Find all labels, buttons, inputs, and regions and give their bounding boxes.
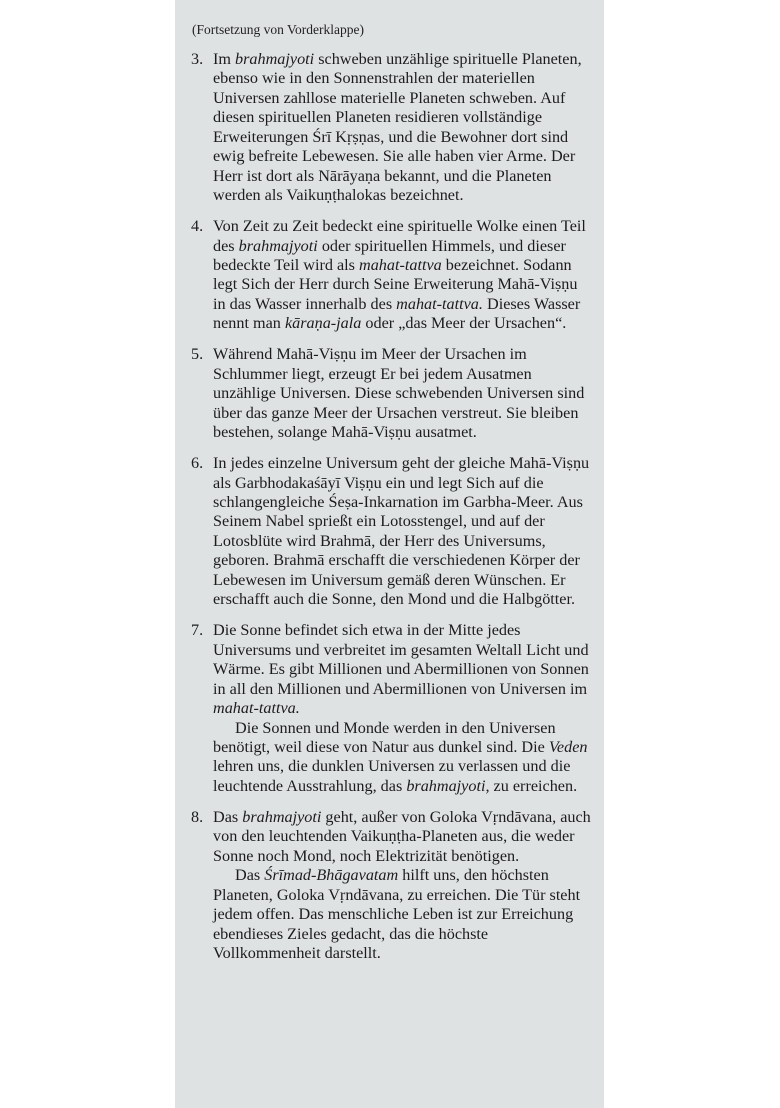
italic-term: brahmajyoti [242, 808, 321, 826]
list-item-8: 8. Das brahmajyoti geht, außer von Golok… [191, 808, 593, 964]
paragraph: Das brahmajyoti geht, außer von Goloka V… [213, 808, 593, 866]
text-run: Die Sonne befindet sich etwa in der Mitt… [213, 621, 589, 697]
text-run: zu erreichen. [490, 777, 578, 795]
item-body: Die Sonne befindet sich etwa in der Mitt… [213, 621, 593, 796]
paragraph: Das Śrīmad-Bhāgavatam hilft uns, den höc… [213, 866, 593, 963]
item-number: 8. [191, 808, 203, 827]
text-run: schweben unzählige spirituelle Planeten,… [213, 50, 582, 204]
text-run: Im [213, 50, 235, 68]
paragraph: In jedes einzelne Universum geht der gle… [213, 454, 593, 610]
paragraph: Von Zeit zu Zeit bedeckt eine spirituell… [213, 217, 593, 334]
list-item-6: 6. In jedes einzelne Universum geht der … [191, 454, 593, 610]
text-run: Die Sonnen und Monde werden in den Unive… [213, 719, 556, 756]
italic-term: mahat-tattva. [396, 295, 483, 313]
italic-term: Śrīmad-Bhāgavatam [264, 866, 398, 884]
paragraph: Während Mahā-Viṣṇu im Meer der Ursachen … [213, 345, 593, 442]
item-body: Während Mahā-Viṣṇu im Meer der Ursachen … [213, 345, 593, 442]
item-number: 5. [191, 345, 203, 364]
paragraph: Im brahmajyoti schweben unzählige spirit… [213, 50, 593, 206]
book-flap-page: (Fortsetzung von Vorderklappe) 3. Im bra… [175, 0, 604, 1108]
item-body: Das brahmajyoti geht, außer von Goloka V… [213, 808, 593, 964]
paragraph: Die Sonnen und Monde werden in den Unive… [213, 719, 593, 797]
italic-term: brahmajyoti [239, 237, 318, 255]
text-run: In jedes einzelne Universum geht der gle… [213, 454, 589, 608]
item-number: 7. [191, 621, 203, 640]
text-run: Das [235, 866, 264, 884]
italic-term: Veden [549, 738, 588, 756]
italic-term: mahat-tattva [359, 256, 442, 274]
numbered-list: 3. Im brahmajyoti schweben unzählige spi… [191, 50, 593, 975]
item-body: Von Zeit zu Zeit bedeckt eine spirituell… [213, 217, 593, 334]
item-body: In jedes einzelne Universum geht der gle… [213, 454, 593, 610]
text-run: Das [213, 808, 242, 826]
text-run: oder „das Meer der Ursachen“. [361, 314, 566, 332]
continuation-header: (Fortsetzung von Vorderklappe) [192, 22, 364, 38]
italic-term: brahmajyoti [235, 50, 314, 68]
item-number: 3. [191, 50, 203, 69]
paragraph: Die Sonne befindet sich etwa in der Mitt… [213, 621, 593, 718]
italic-term: kāraṇa-jala [285, 314, 361, 332]
italic-term: brahmajyoti, [406, 777, 489, 795]
text-run: Während Mahā-Viṣṇu im Meer der Ursachen … [213, 345, 584, 441]
italic-term: mahat-tattva. [213, 699, 300, 717]
list-item-3: 3. Im brahmajyoti schweben unzählige spi… [191, 50, 593, 206]
item-number: 6. [191, 454, 203, 473]
list-item-5: 5. Während Mahā-Viṣṇu im Meer der Ursach… [191, 345, 593, 442]
list-item-4: 4. Von Zeit zu Zeit bedeckt eine spiritu… [191, 217, 593, 334]
item-number: 4. [191, 217, 203, 236]
list-item-7: 7. Die Sonne befindet sich etwa in der M… [191, 621, 593, 796]
item-body: Im brahmajyoti schweben unzählige spirit… [213, 50, 593, 206]
